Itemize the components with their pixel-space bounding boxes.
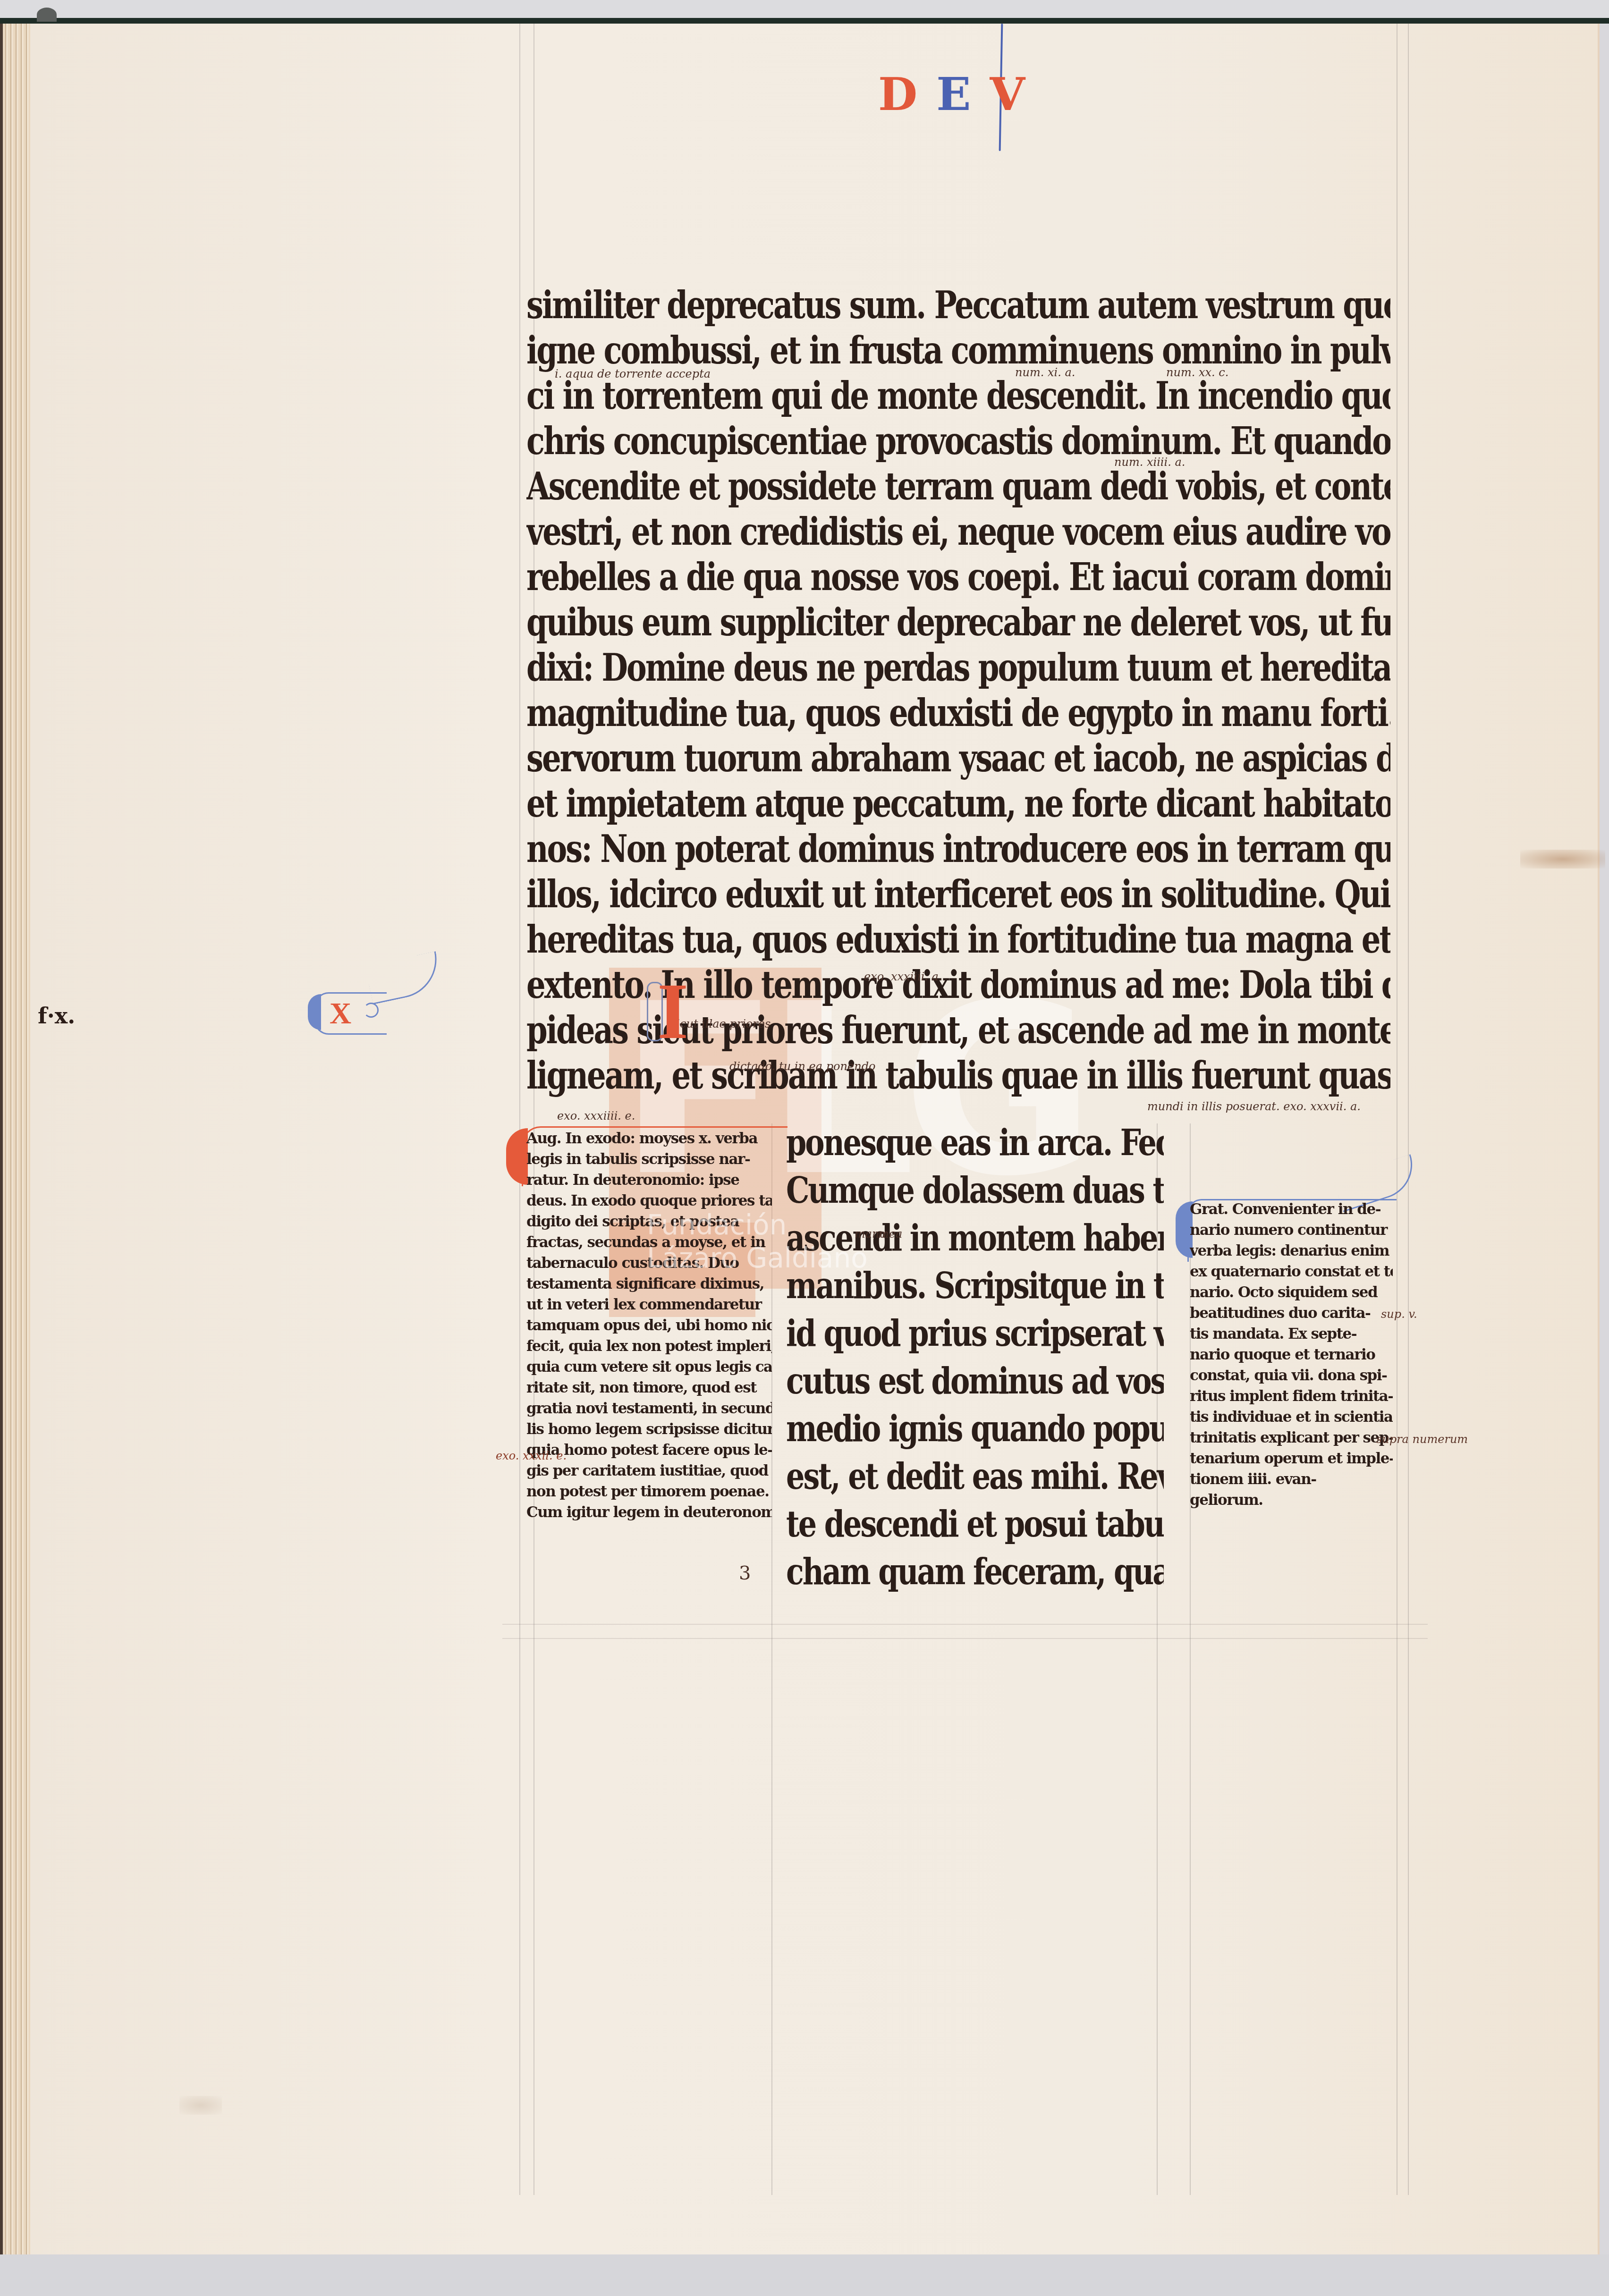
gloss-line: constat, quia vii. dona spi- xyxy=(1190,1365,1393,1386)
main-text-block: similiter deprecatus sum. Peccatum autem… xyxy=(526,283,1390,1099)
gloss-line: nario numero continentur xyxy=(1190,1220,1393,1241)
parchment-stain xyxy=(1520,850,1605,869)
text-line: ligneam, et scribam in tabulis quae in i… xyxy=(526,1048,1390,1105)
gloss-line: ut in veteri lex commendaretur xyxy=(526,1294,772,1315)
gloss-line: quia cum vetere sit opus legis ca- xyxy=(526,1357,772,1377)
interlinear-gloss: num. xx. c. xyxy=(1166,366,1228,379)
gloss-line: nario. Octo siquidem sed xyxy=(1190,1282,1393,1303)
gloss-line: tenarium operum et imple- xyxy=(1190,1448,1393,1469)
parchment-smudge xyxy=(179,2096,222,2115)
gloss-line: non potest per timorem poenae. xyxy=(526,1481,772,1502)
table-surface xyxy=(0,2254,1609,2296)
running-header: D E V xyxy=(878,66,1025,123)
interlinear-gloss: mea xyxy=(878,1227,902,1241)
gloss-line: ritus implent fidem trinita- xyxy=(1190,1386,1393,1407)
decorated-initial-i: I xyxy=(657,973,686,1049)
interlinear-gloss: i. aqua de torrente accepta xyxy=(555,367,711,380)
gloss-marker: exo. xxxiiii. e. xyxy=(557,1109,635,1123)
gloss-line: Aug. In exodo: moyses x. verba xyxy=(526,1128,772,1149)
watermark-text: Fundación Lázaro Galdiano xyxy=(647,1208,868,1275)
ruling-line xyxy=(502,1638,1428,1639)
signature-mark: 3 xyxy=(739,1562,751,1584)
margin-note: exo. xxxii. e. xyxy=(496,1449,567,1462)
gloss-line: tis mandata. Ex septe- xyxy=(1190,1324,1393,1344)
main-text-column-2: ponesque eas in arca. Feci igitur arcam … xyxy=(786,1119,1164,1595)
gloss-line: testamenta significare diximus, xyxy=(526,1274,772,1294)
gloss-line: gratia novi testamenti, in secundis ubi … xyxy=(526,1398,772,1419)
gloss-line: tis individuae et in scientia xyxy=(1190,1407,1393,1427)
running-header-letter-d: D xyxy=(878,72,917,117)
margin-note-chapter: f·x. xyxy=(38,1003,75,1029)
gloss-line: nario quoque et ternario xyxy=(1190,1344,1393,1365)
ruling-line xyxy=(1408,24,1409,2195)
book-cover-edge xyxy=(0,18,1609,24)
gloss-line: beatitudines duo carita- xyxy=(1190,1303,1393,1324)
interlinear-gloss: mundi in illis posuerat. exo. xxxvii. a. xyxy=(1147,1100,1361,1113)
gloss-line: ex quaternario constat et ter- xyxy=(1190,1261,1393,1282)
gloss-line: Grat. Convenienter in de- xyxy=(1190,1199,1393,1220)
gloss-line: lis homo legem scripsisse dicitur, xyxy=(526,1419,772,1440)
interlinear-gloss: num. xi. a. xyxy=(1015,366,1075,379)
gloss-line: verba legis: denarius enim xyxy=(1190,1241,1393,1261)
gloss-line: fecit, quia lex non potest impleri, xyxy=(526,1336,772,1357)
interlinear-gloss: num. xiiii. a. xyxy=(1114,456,1185,469)
gloss-line: gis per caritatem iustitiae, quod xyxy=(526,1460,772,1481)
interlinear-gloss: exo. xxxiiii. a. xyxy=(864,970,942,983)
gloss-line: ritate sit, non timore, quod est xyxy=(526,1377,772,1398)
ruling-line xyxy=(1397,24,1397,2195)
gloss-line: ratur. In deuteronomio: ipse xyxy=(526,1170,772,1190)
gloss-line: tamquam opus dei, ubi homo nichil xyxy=(526,1315,772,1336)
running-header-letter-v: V xyxy=(990,72,1025,117)
gloss-left-column: Aug. In exodo: moyses x. verba legis in … xyxy=(526,1128,772,1523)
page-stack-edge xyxy=(0,24,33,2271)
gloss-line: geliorum. xyxy=(1190,1490,1393,1511)
spiral-flourish-icon xyxy=(364,1003,379,1018)
gloss-line: Cum igitur legem in deuteronomio xyxy=(526,1502,772,1523)
margin-note: sup. v. xyxy=(1381,1308,1417,1321)
book-clasp xyxy=(37,8,57,22)
gloss-line: tionem iiii. evan- xyxy=(1190,1469,1393,1490)
running-header-letter-e: E xyxy=(936,72,971,117)
chapter-number: X xyxy=(308,992,379,1035)
ruling-line xyxy=(519,24,520,2195)
gloss-line: trinitatis explicant per sep- xyxy=(1190,1427,1393,1448)
gloss-right-column: Grat. Convenienter in de- nario numero c… xyxy=(1190,1199,1393,1511)
interlinear-gloss: dictado. tu in ea ponendo xyxy=(729,1060,875,1073)
chapter-number-label: X xyxy=(330,996,351,1031)
ruling-line xyxy=(502,1624,1428,1625)
gloss-line: legis in tabulis scripsisse nar- xyxy=(526,1149,772,1170)
margin-note: supra numerum xyxy=(1376,1433,1468,1446)
text-line: cham quam feceram, quae hucusque ibi sun… xyxy=(786,1542,1164,1601)
